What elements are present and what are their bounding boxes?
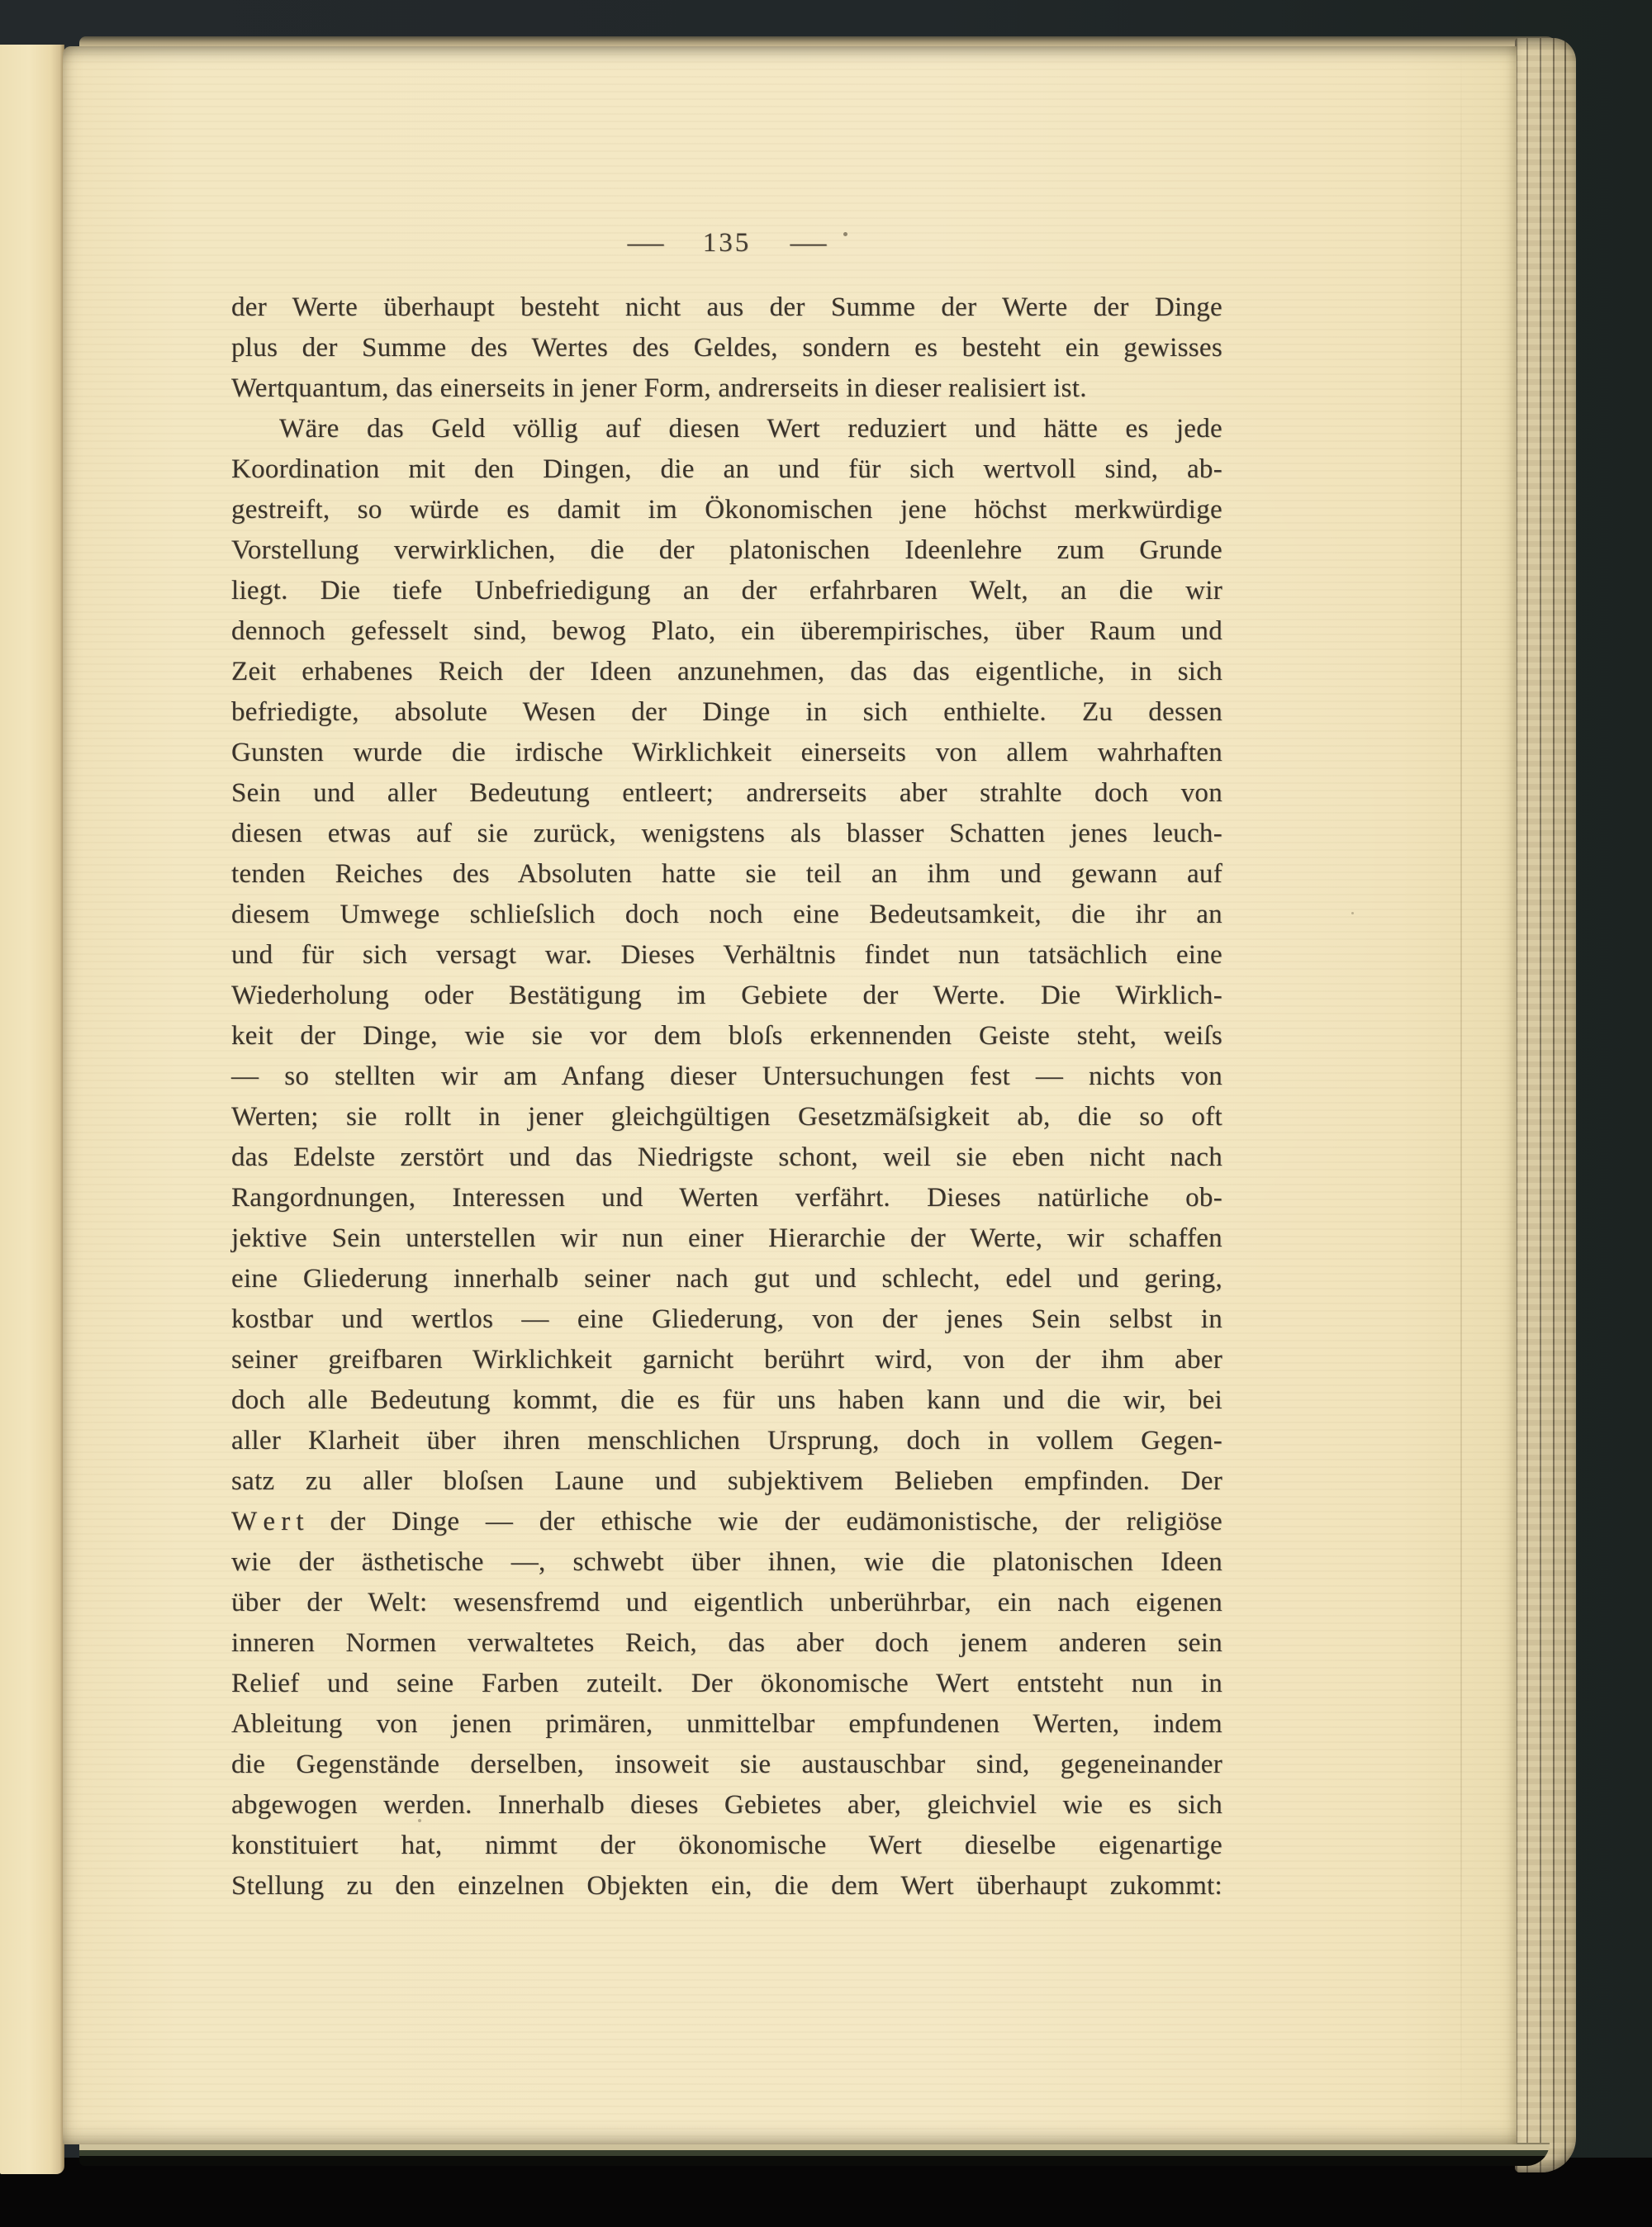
text-line: Koordination mit den Dingen, die an und …: [231, 449, 1222, 490]
text-line: und für sich versagt war. Dieses Verhält…: [231, 935, 1222, 976]
text-line: das Edelste zerstört und das Niedrigste …: [231, 1137, 1222, 1178]
text-line: befriedigte, absolute Wesen der Dinge in…: [231, 692, 1222, 733]
text-line: Rangordnungen, Interessen und Werten ver…: [231, 1178, 1222, 1218]
text-line: tenden Reiches des Absoluten hatte sie t…: [231, 854, 1222, 895]
text-line: doch alle Bedeutung kommt, die es für un…: [231, 1380, 1222, 1421]
text-line: kostbar und wertlos — eine Gliederung, v…: [231, 1299, 1222, 1340]
text-line: abgewogen werden. Innerhalb dieses Gebie…: [231, 1785, 1222, 1826]
text-line: seiner greifbaren Wirklichkeit garnicht …: [231, 1340, 1222, 1380]
header-dash-left: —: [627, 226, 663, 259]
text-line: Zeit erhabenes Reich der Ideen anzunehme…: [231, 652, 1222, 692]
text-line: über der Welt: wesensfremd und eigentlic…: [231, 1583, 1222, 1623]
text-line: Wiederholung oder Bestätigung im Gebiete…: [231, 976, 1222, 1016]
text-line: Werten; sie rollt in jener gleichgültige…: [231, 1097, 1222, 1137]
scan-speck: [1351, 912, 1354, 914]
text-line: W e r t der Dinge — der ethische wie der…: [231, 1502, 1222, 1542]
book-scan: — 135 — der Werte überhaupt besteht nich…: [0, 0, 1652, 2227]
text-line: der Werte überhaupt besteht nicht aus de…: [231, 287, 1222, 328]
text-line: plus der Summe des Wertes des Geldes, so…: [231, 328, 1222, 368]
text-line: dennoch gefesselt sind, bewog Plato, ein…: [231, 611, 1222, 652]
text-line: die Gegenstände derselben, insoweit sie …: [231, 1745, 1222, 1785]
book-page: — 135 — der Werte überhaupt besteht nich…: [63, 46, 1517, 2144]
text-line: gestreift, so würde es damit im Ökonomis…: [231, 490, 1222, 530]
bottom-page-edges: [79, 2143, 1550, 2166]
text-line: keit der Dinge, wie sie vor dem bloſs er…: [231, 1016, 1222, 1057]
text-line: Vorstellung verwirklichen, die der plato…: [231, 530, 1222, 571]
page-header: — 135 —: [231, 226, 1222, 259]
text-line: Wäre das Geld völlig auf diesen Wert red…: [231, 409, 1222, 449]
text-line: Relief und seine Farben zuteilt. Der öko…: [231, 1664, 1222, 1704]
text-line: diesen etwas auf sie zurück, wenigstens …: [231, 814, 1222, 854]
text-line: Sein und aller Bedeutung entleert; andre…: [231, 773, 1222, 814]
text-line: aller Klarheit über ihren menschlichen U…: [231, 1421, 1222, 1461]
page-number: 135: [703, 228, 752, 259]
text-line: liegt. Die tiefe Unbefriedigung an der e…: [231, 571, 1222, 611]
text-line: inneren Normen verwaltetes Reich, das ab…: [231, 1623, 1222, 1664]
text-line: wie der ästhetische —, schwebt über ihne…: [231, 1542, 1222, 1583]
text-line: Stellung zu den einzelnen Objekten ein, …: [231, 1866, 1222, 1906]
left-page-fold: [0, 45, 64, 2174]
scan-speck: [843, 232, 847, 236]
text-line: Ableitung von jenen primären, unmittelba…: [231, 1704, 1222, 1745]
text-line: Wertquantum, das einerseits in jener For…: [231, 368, 1222, 409]
text-line: konstituiert hat, nimmt der ökonomische …: [231, 1826, 1222, 1866]
background-bottom: [0, 2158, 1652, 2227]
text-line: Gunsten wurde die irdische Wirklichkeit …: [231, 733, 1222, 773]
header-dash-right: —: [790, 226, 827, 259]
text-line: satz zu aller bloſsen Laune und subjekti…: [231, 1461, 1222, 1502]
right-page-stack: [1515, 38, 1576, 2172]
text-line: — so stellten wir am Anfang dieser Unter…: [231, 1057, 1222, 1097]
scan-speck: [418, 1819, 421, 1822]
text-line: diesem Umwege schlieſslich doch noch ein…: [231, 895, 1222, 935]
text-line: eine Gliederung innerhalb seiner nach gu…: [231, 1259, 1222, 1299]
body-text: der Werte überhaupt besteht nicht aus de…: [231, 287, 1222, 1906]
text-line: jektive Sein unterstellen wir nun einer …: [231, 1218, 1222, 1259]
